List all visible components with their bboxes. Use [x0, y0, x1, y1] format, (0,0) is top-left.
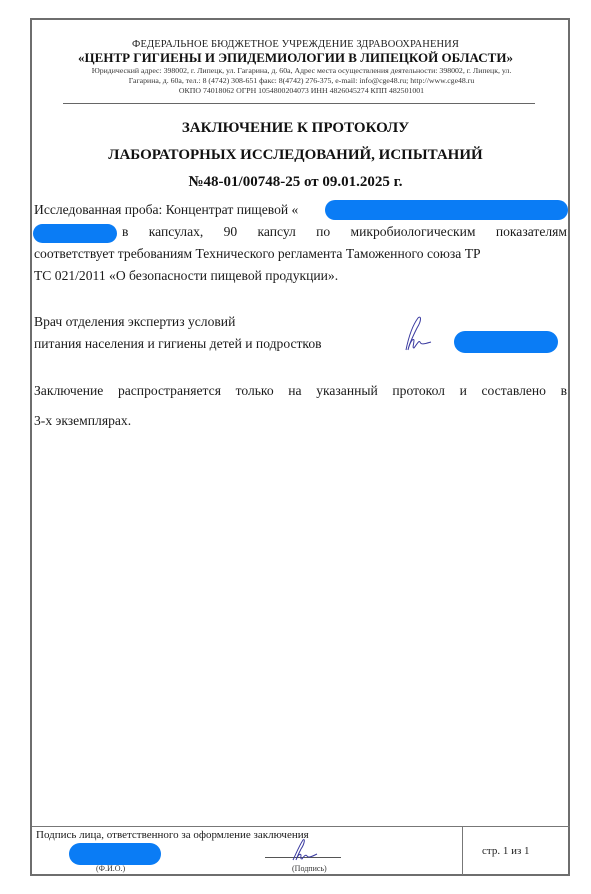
footer-divider	[32, 826, 570, 827]
redacted-product-name	[325, 200, 568, 220]
doctor-signature-icon	[400, 314, 434, 354]
conclusion-paragraph: Заключение распространяется только на ук…	[34, 376, 567, 436]
address-line-2: Гагарина, д. 60а, тел.: 8 (4742) 308-651…	[34, 76, 569, 86]
registry-line: ОКПО 74018062 ОГРН 1054800204073 ИНН 482…	[34, 86, 569, 96]
signature-label: (Подпись)	[292, 864, 327, 873]
org-name: «ЦЕНТР ГИГИЕНЫ И ЭПИДЕМИОЛОГИИ В ЛИПЕЦКО…	[0, 50, 591, 66]
document-title: ЗАКЛЮЧЕНИЕ К ПРОТОКОЛУ	[0, 120, 591, 137]
page-number: стр. 1 из 1	[482, 845, 530, 857]
fio-label: (Ф.И.О.)	[96, 864, 125, 873]
responsible-signature-icon	[289, 838, 319, 862]
doctor-line-2: питания населения и гигиены детей и подр…	[34, 333, 322, 355]
doctor-position: Врач отделения экспертиз условий питания…	[34, 311, 322, 355]
org-type: ФЕДЕРАЛЬНОЕ БЮДЖЕТНОЕ УЧРЕЖДЕНИЕ ЗДРАВОО…	[0, 39, 591, 50]
responsible-label: Подпись лица, ответственного за оформлен…	[36, 829, 309, 841]
protocol-number: №48-01/00748-25 от 09.01.2025 г.	[0, 174, 591, 191]
document-subtitle: ЛАБОРАТОРНЫХ ИССЛЕДОВАНИЙ, ИСПЫТАНИЙ	[0, 147, 591, 164]
conclusion-line-1: Заключение распространяется только на ук…	[34, 376, 567, 406]
conclusion-line-2: 3-х экземплярах.	[34, 406, 567, 436]
doctor-line-1: Врач отделения экспертиз условий	[34, 311, 322, 333]
footer-column-divider	[462, 827, 463, 875]
redacted-doctor-name	[454, 331, 558, 353]
redacted-responsible-name	[69, 843, 161, 865]
redacted-product-name-cont	[33, 224, 117, 243]
address-line-1: Юридический адрес: 398002, г. Липецк, ул…	[34, 66, 569, 76]
sample-line-4: ТС 021/2011 «О безопасности пищевой прод…	[34, 265, 567, 287]
header-divider	[63, 103, 535, 104]
sample-line-3: соответствует требованиям Технического р…	[34, 243, 567, 265]
org-address: Юридический адрес: 398002, г. Липецк, ул…	[34, 66, 569, 96]
